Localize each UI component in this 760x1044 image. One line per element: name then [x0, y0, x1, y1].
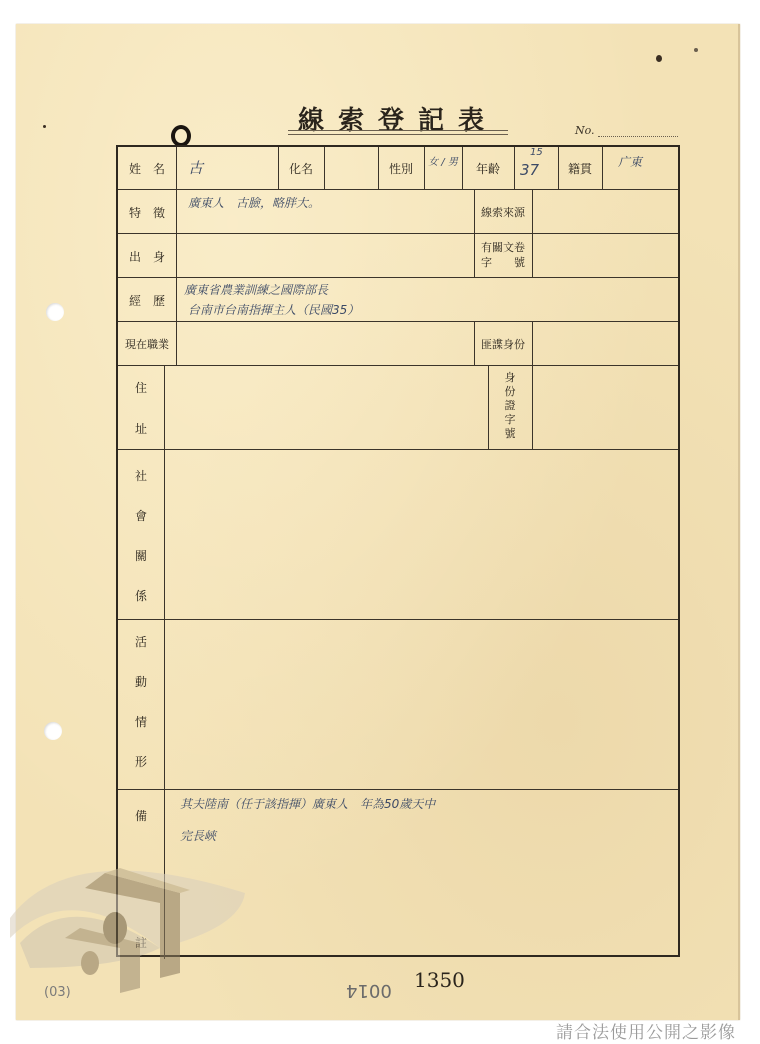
- corner-pencil-mark: (03): [44, 985, 71, 1000]
- punch-hole: [46, 303, 64, 321]
- name-label: 姓 名: [118, 160, 176, 177]
- background-label: 出 身: [118, 248, 176, 265]
- history-label: 經 歷: [118, 292, 176, 309]
- history-line1[interactable]: 廣東省農業訓練之國際部長: [184, 281, 328, 298]
- ink-spot: [694, 48, 698, 52]
- spy-identity-label: 匪諜身份: [474, 336, 532, 352]
- ink-spot: [43, 125, 46, 128]
- registration-form: 姓 名 古 化名 性別 女 / 男 年齡 15 37 籍貫 广東 特 徵 廣東人…: [116, 145, 680, 957]
- remarks-line2[interactable]: 完長峽: [180, 827, 216, 844]
- history-line2[interactable]: 台南市台南指揮主人（民國35）: [188, 301, 359, 318]
- archive-logo-watermark: [10, 848, 250, 993]
- alias-label: 化名: [278, 160, 324, 177]
- occupation-label: 現在職業: [118, 336, 176, 352]
- age-value-top[interactable]: 15: [530, 147, 543, 158]
- number-label: No.: [575, 124, 595, 137]
- circle-mark: [171, 125, 191, 147]
- origin-label: 籍貫: [558, 160, 602, 177]
- age-label: 年齡: [462, 160, 514, 177]
- origin-value[interactable]: 广東: [618, 153, 642, 170]
- age-value[interactable]: 37: [520, 161, 539, 179]
- usage-watermark: 請合法使用公開之影像: [556, 1018, 736, 1043]
- source-label: 線索來源: [474, 204, 532, 220]
- sex-value[interactable]: 女 / 男: [426, 153, 460, 168]
- features-label: 特 徵: [118, 204, 176, 221]
- file-label-line1: 有關文卷: [474, 239, 532, 255]
- stamped-page-number: 1350: [414, 968, 465, 992]
- punch-hole: [44, 722, 62, 740]
- activity-label: 活 動 情 形: [131, 635, 151, 769]
- features-value[interactable]: 廣東人 古臉，略胖大。: [188, 194, 320, 211]
- remarks-line1[interactable]: 其夫陸南（任于該指揮）廣東人 年為50歲天中: [180, 795, 435, 812]
- pencil-page-number: 0014: [346, 980, 392, 1001]
- title-underline: [288, 130, 508, 135]
- id-number-label: 身 份 證 字 號: [500, 371, 520, 441]
- sex-label: 性別: [378, 160, 424, 177]
- name-value[interactable]: 古: [188, 157, 203, 178]
- ink-spot: [656, 55, 662, 62]
- address-label: 住 址: [131, 379, 151, 437]
- number-field: [598, 136, 678, 137]
- file-label-line2: 字 號: [474, 254, 532, 270]
- social-relations-label: 社 會 關 係: [131, 469, 151, 603]
